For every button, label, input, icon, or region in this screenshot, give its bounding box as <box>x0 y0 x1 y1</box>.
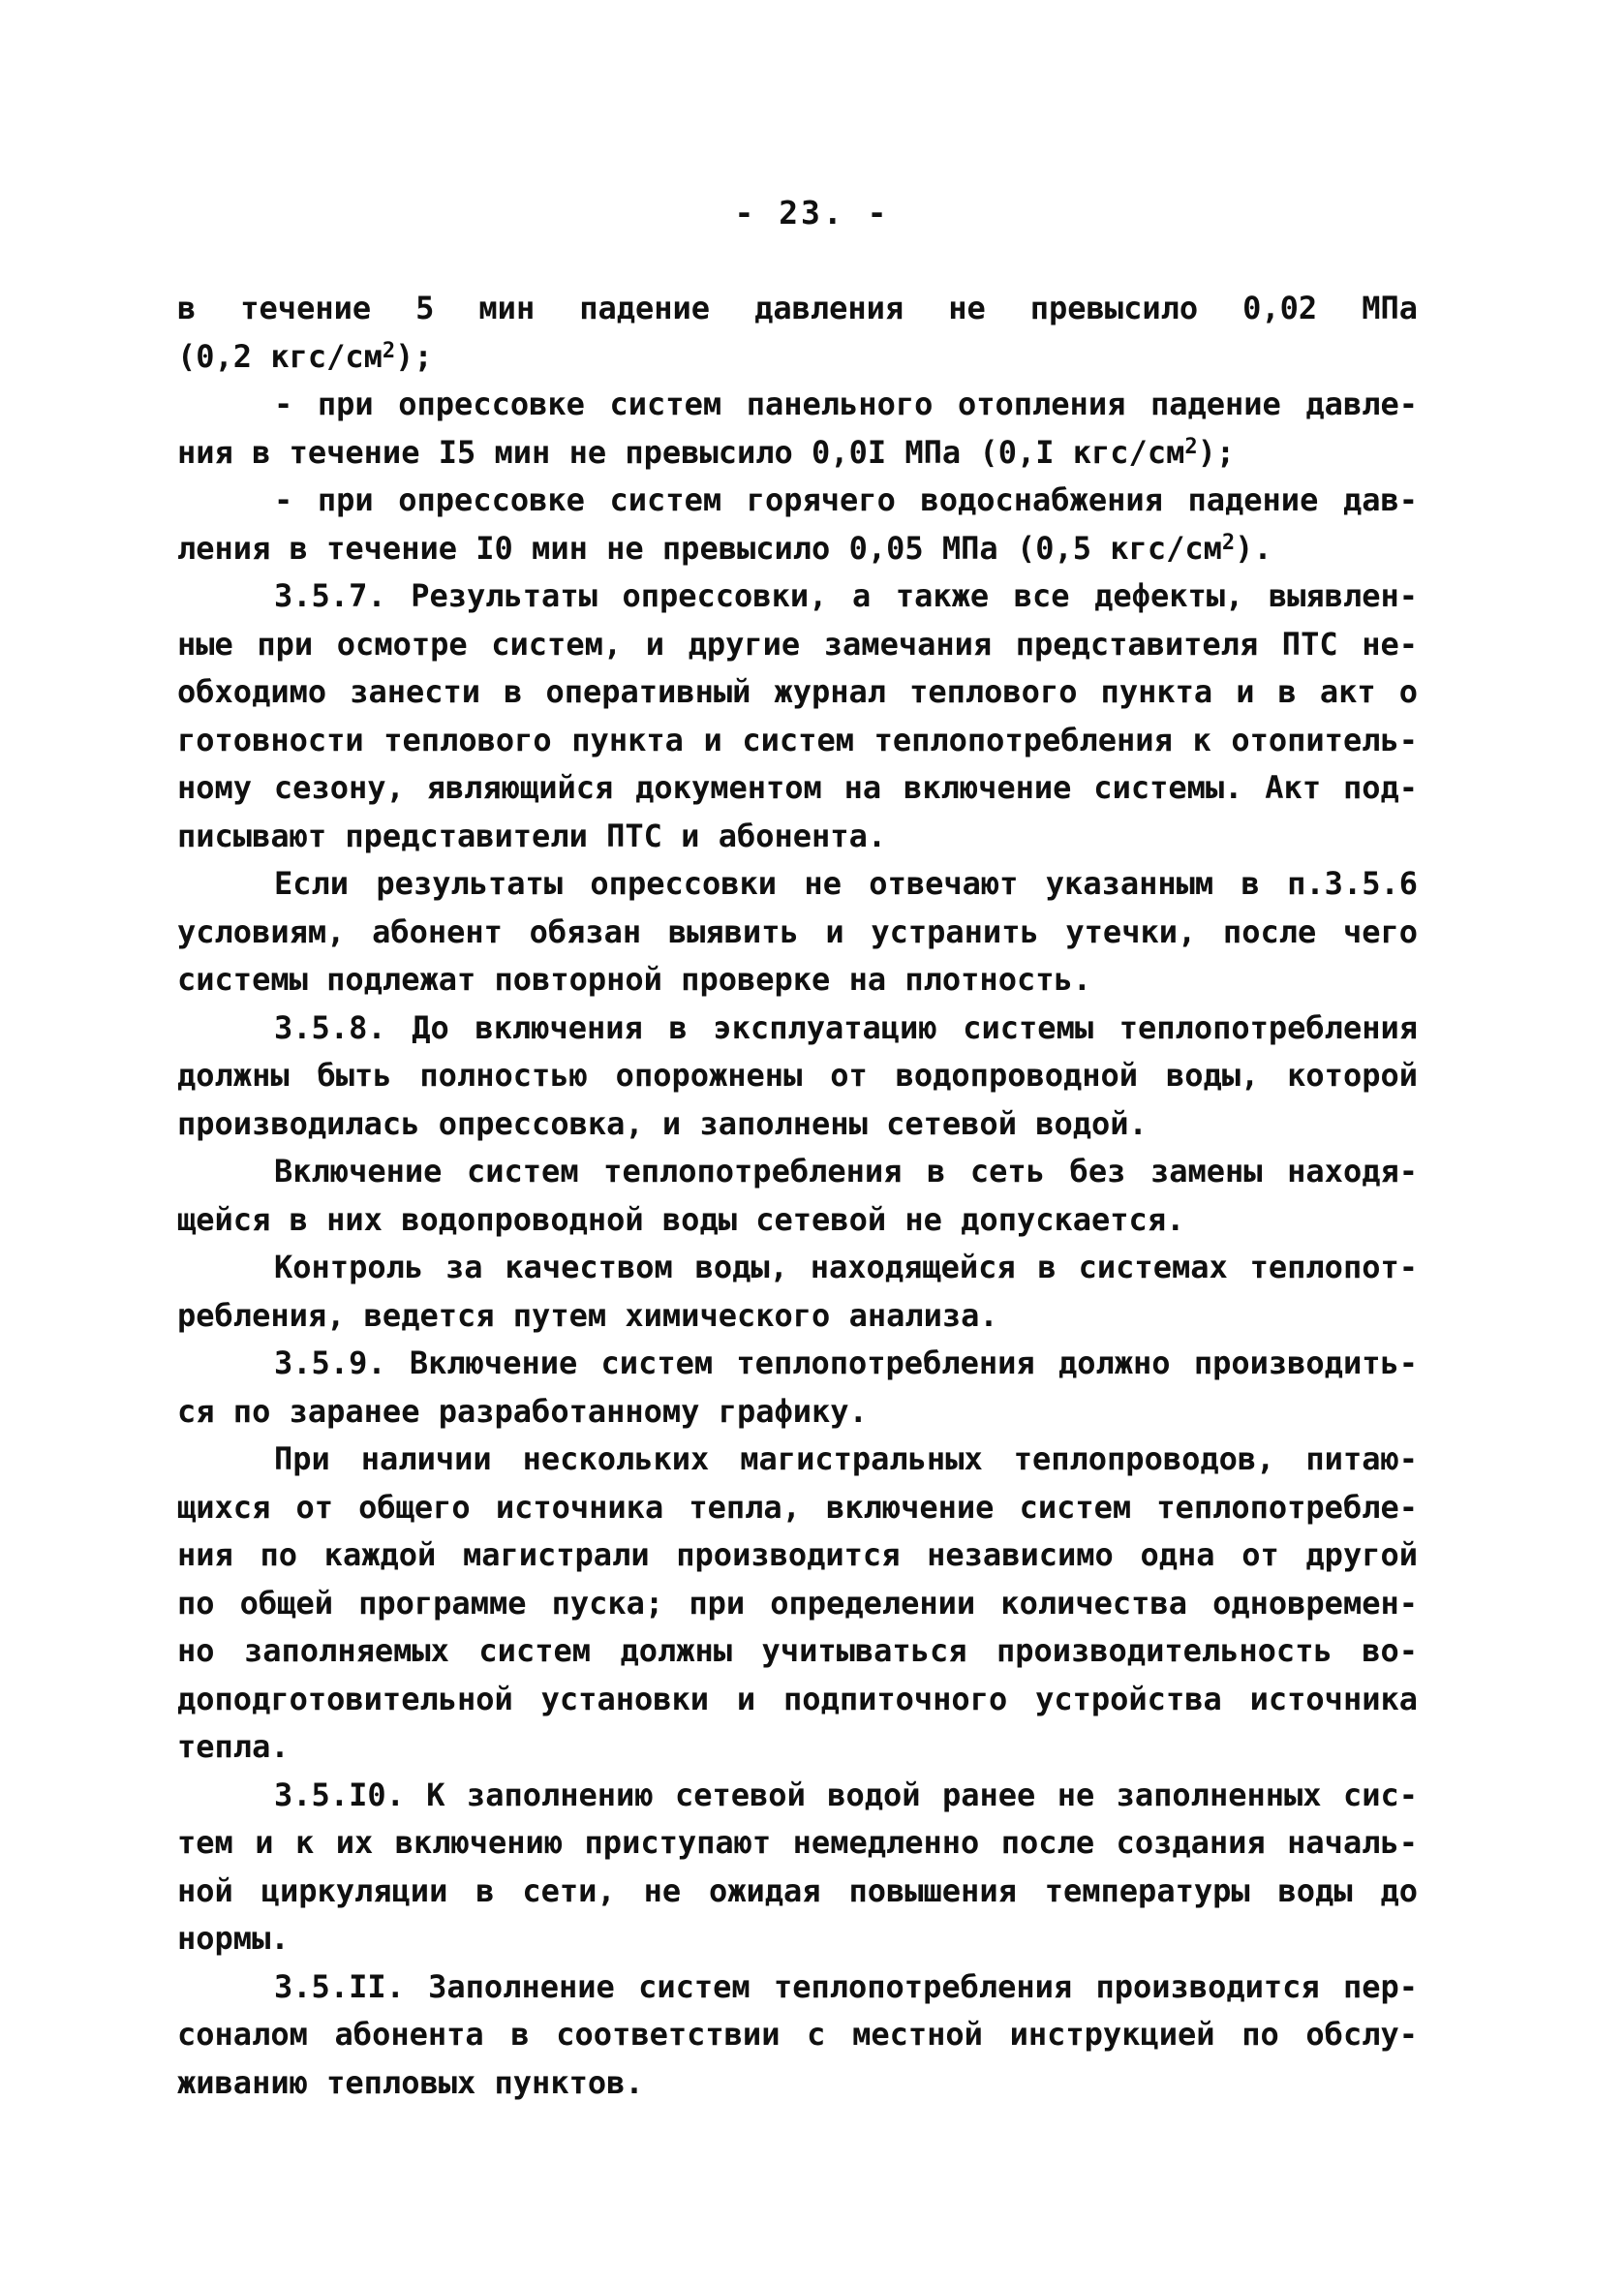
text-line: но заполняемых систем должны учитываться… <box>177 1627 1418 1676</box>
text-line: 3.5.I0. К заполнению сетевой водой ранее… <box>177 1772 1418 1820</box>
text-line: нормы. <box>177 1915 1418 1963</box>
page-number: - 23. - <box>0 194 1624 232</box>
text-line: должны быть полностью опорожнены от водо… <box>177 1052 1418 1100</box>
text-line: ные при осмотре систем, и другие замечан… <box>177 621 1418 669</box>
text-line: ния по каждой магистрали производится не… <box>177 1531 1418 1580</box>
text-line: 3.5.8. До включения в эксплуатацию систе… <box>177 1004 1418 1053</box>
text-line: живанию тепловых пунктов. <box>177 2059 1418 2108</box>
text-block: в течение 5 мин падение давления не прев… <box>177 285 1418 2107</box>
text-line: 3.5.7. Результаты опрессовки, а также вс… <box>177 572 1418 621</box>
text-line: (0,2 кгс/см2); <box>177 333 1418 382</box>
text-line: условиям, абонент обязан выявить и устра… <box>177 909 1418 957</box>
text-line: - при опрессовке систем горячего водосна… <box>177 477 1418 525</box>
text-line: в течение 5 мин падение давления не прев… <box>177 285 1418 333</box>
text-line: ся по заранее разработанному графику. <box>177 1388 1418 1437</box>
text-line: писывают представители ПТС и абонента. <box>177 813 1418 861</box>
text-line: 3.5.II. Заполнение систем теплопотреблен… <box>177 1963 1418 2012</box>
document-page: - 23. - в течение 5 мин падение давления… <box>0 0 1624 2287</box>
text-line: ления в течение I0 мин не превысило 0,05… <box>177 525 1418 573</box>
text-line: При наличии нескольких магистральных теп… <box>177 1436 1418 1484</box>
text-line: 3.5.9. Включение систем теплопотребления… <box>177 1340 1418 1388</box>
text-line: ной циркуляции в сети, не ожидая повышен… <box>177 1868 1418 1916</box>
text-line: готовности теплового пункта и систем теп… <box>177 717 1418 765</box>
text-line: Если результаты опрессовки не отвечают у… <box>177 860 1418 909</box>
text-line: ния в течение I5 мин не превысило 0,0I М… <box>177 429 1418 478</box>
superscript-2: 2 <box>1184 435 1197 459</box>
text-line: производилась опрессовка, и заполнены се… <box>177 1100 1418 1149</box>
text-line: соналом абонента в соответствии с местно… <box>177 2011 1418 2059</box>
text-line: по общей программе пуска; при определени… <box>177 1580 1418 1628</box>
text-line: тепла. <box>177 1723 1418 1772</box>
text-line: щихся от общего источника тепла, включен… <box>177 1484 1418 1532</box>
text-line: системы подлежат повторной проверке на п… <box>177 956 1418 1004</box>
text-line: Включение систем теплопотребления в сеть… <box>177 1148 1418 1196</box>
text-line: Контроль за качеством воды, находящейся … <box>177 1244 1418 1292</box>
text-line: обходимо занести в оперативный журнал те… <box>177 668 1418 717</box>
text-line: ребления, ведется путем химического анал… <box>177 1292 1418 1341</box>
text-line: - при опрессовке систем панельного отопл… <box>177 381 1418 429</box>
text-line: доподготовительной установки и подпиточн… <box>177 1676 1418 1724</box>
text-line: щейся в них водопроводной воды сетевой н… <box>177 1196 1418 1245</box>
text-line: ному сезону, являющийся документом на вк… <box>177 764 1418 813</box>
superscript-2: 2 <box>1222 531 1235 555</box>
superscript-2: 2 <box>383 339 395 363</box>
text-line: тем и к их включению приступают немедлен… <box>177 1819 1418 1868</box>
